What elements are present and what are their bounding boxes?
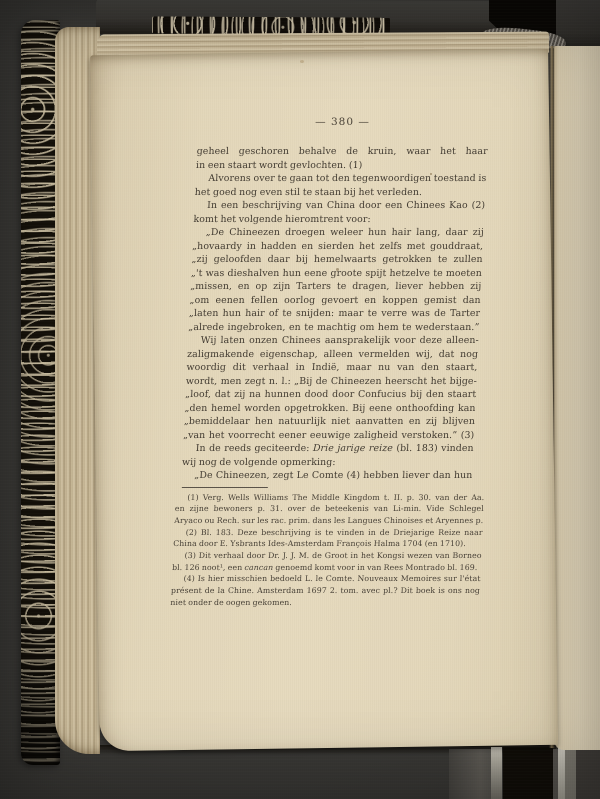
text-line: zaligmakende eigenschap, alleen vermelde… bbox=[187, 348, 479, 362]
text-line: „missen, en op zijn Tarters te dragen, l… bbox=[190, 280, 482, 294]
text-line: het goed nog even stil te staan bij het … bbox=[194, 186, 486, 200]
floor-dark-gap bbox=[503, 747, 553, 799]
foxing-spot bbox=[300, 60, 304, 63]
footnote-line: niet onder de oogen gekomen. bbox=[170, 597, 480, 609]
footnote-line: Aryaco ou Rech. sur les rac. prim. dans … bbox=[174, 515, 484, 527]
cited-title: Drie jarige reize bbox=[313, 443, 393, 454]
text-line: geheel geschoren behalve de kruin, waar … bbox=[196, 145, 488, 159]
text-line: „De Chineezen, zegt Le Comte (4) hebben … bbox=[181, 469, 473, 483]
text-line: wij nog de volgende opmerking: bbox=[182, 456, 474, 470]
footnote-line: (4) Is hier misschien bedoeld L. le Comt… bbox=[171, 573, 481, 585]
footnote-line-with-term: bl. 126 noot¹, een cancan genoemd komt v… bbox=[172, 562, 482, 574]
floor-strip bbox=[576, 749, 600, 799]
book-photo: — 380 — geheel geschoren behalve de krui… bbox=[0, 0, 600, 799]
text-segment: In de reeds geciteerde: bbox=[195, 443, 313, 454]
text-line: wordt, men zegt n. l.: „Bij de Chineezen… bbox=[186, 375, 478, 389]
footnote-line: (3) Dit verhaal door Dr. J. J. M. de Gro… bbox=[172, 550, 482, 562]
floor-highlight-line bbox=[491, 747, 502, 799]
text-line: „zij geloofden daar bij hemelwaarts getr… bbox=[191, 253, 483, 267]
text-line: „om eenen fellen oorlog gevoert en koppe… bbox=[189, 294, 481, 308]
text-line: „laten hun hair of te snijden: maar te v… bbox=[189, 307, 481, 321]
text-line: komt het volgende hieromtrent voor: bbox=[193, 213, 485, 227]
text-line: „loof, dat zij na hunnen dood door Confu… bbox=[185, 388, 477, 402]
floor-highlight-line bbox=[558, 747, 565, 799]
floor-strip bbox=[565, 749, 576, 799]
text-line: „De Chineezen droegen weleer hun hair la… bbox=[193, 226, 485, 240]
italic-term: cancan bbox=[244, 563, 273, 572]
text-segment: genoemd komt voor in van Rees Montrado b… bbox=[273, 563, 478, 572]
text-line: Alvorens over te gaan tot den tegenwoord… bbox=[195, 172, 487, 186]
text-line: „'t was dieshalven hun eene groote spijt… bbox=[191, 267, 483, 281]
page-number: — 380 — bbox=[197, 116, 488, 128]
facing-page-edge bbox=[554, 46, 600, 750]
text-line: woordig dit verhaal in Indië, maar nu va… bbox=[186, 361, 478, 375]
floor-panel bbox=[449, 749, 494, 799]
text-line: „den hemel worden opgetrokken. Bij eene … bbox=[184, 402, 476, 416]
footnote-line: (2) Bl. 183. Deze beschrijving is te vin… bbox=[173, 527, 483, 539]
text-line: „van het voorrecht eener eeuwige zalighe… bbox=[183, 429, 475, 443]
text-line: „bemiddelaar hen natuurlijk niet aanvatt… bbox=[184, 415, 476, 429]
text-line: In een beschrijving van China door een C… bbox=[194, 199, 486, 213]
footnotes: (1) Verg. Wells Williams The Middle King… bbox=[170, 492, 485, 609]
text-line: Wij laten onzen Chinees aansprakelijk vo… bbox=[187, 334, 479, 348]
text-segment: (bl. 183) vinden bbox=[393, 443, 474, 454]
footnote-line: (1) Verg. Wells Williams The Middle King… bbox=[175, 492, 485, 504]
body-text: geheel geschoren behalve de kruin, waar … bbox=[175, 145, 488, 608]
text-line-with-citation: In de reeds geciteerde: Drie jarige reiz… bbox=[182, 442, 474, 456]
footnote-separator-rule bbox=[182, 487, 268, 488]
footnote-line: présent de la Chine. Amsterdam 1697 2. t… bbox=[171, 585, 481, 597]
text-line: „hovaardy in hadden en sierden het zelfs… bbox=[192, 240, 484, 254]
footnote-line: en zijne bewoners p. 31. over de beteeke… bbox=[175, 503, 485, 515]
text-segment: bl. 126 noot¹, een bbox=[172, 563, 245, 572]
footnote-line: China door E. Ysbrants Ides-Amsterdam Fr… bbox=[173, 538, 483, 550]
text-line: „alrede ingebroken, en te machtig om hem… bbox=[188, 321, 480, 335]
text-line: in een staart wordt gevlochten. (1) bbox=[196, 159, 488, 173]
